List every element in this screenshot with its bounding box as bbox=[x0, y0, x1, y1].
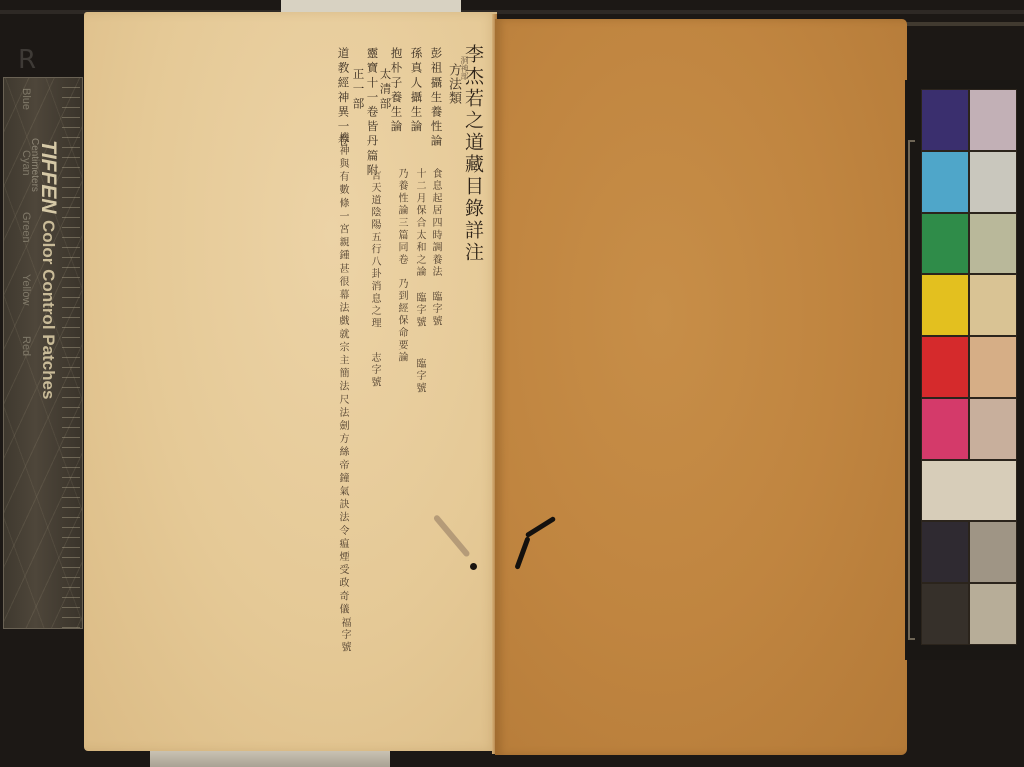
book-right-page bbox=[495, 19, 907, 755]
color-patch-cyan bbox=[921, 151, 969, 213]
catalog-note: 食息起居四時調養法 臨字號 bbox=[430, 168, 440, 328]
ruler-label-yellow: Yellow bbox=[20, 274, 32, 336]
ruler-label-blue: Blue bbox=[20, 88, 32, 150]
subcategory-heading: 方法類 bbox=[447, 63, 460, 105]
backdrop-line-right bbox=[900, 22, 1024, 26]
color-patch-magenta-gray bbox=[969, 398, 1017, 460]
catalog-note: 臨字號 bbox=[414, 292, 424, 329]
color-patch-white bbox=[921, 460, 1017, 522]
color-patch-black bbox=[921, 583, 969, 645]
backdrop-letter: R bbox=[18, 45, 36, 75]
color-patch-blue-gray bbox=[969, 89, 1017, 151]
ruler-ticks bbox=[62, 78, 80, 628]
ruler-label-red: Red bbox=[20, 336, 32, 398]
color-patch-red bbox=[921, 336, 969, 398]
catalog-note: 乃到經保命要論 bbox=[396, 278, 406, 364]
color-patch-dark-purple bbox=[921, 521, 969, 583]
color-patch-yellow-gray bbox=[969, 274, 1017, 336]
catalog-entry: 靈寶十一卷皆丹篇附 bbox=[366, 47, 378, 178]
catalog-note: 志字號 bbox=[369, 352, 379, 389]
catalog-note: 乃養性論三篇同卷 bbox=[396, 168, 406, 266]
color-patch-blue bbox=[921, 89, 969, 151]
catalog-note: 十二月保合太和之論 bbox=[414, 168, 424, 279]
catalog-section: 正一部 bbox=[352, 68, 364, 112]
ruler-title: Color Control Patches bbox=[38, 220, 58, 399]
color-patch-green bbox=[921, 213, 969, 275]
subcategory-annotation: 洞神部 bbox=[460, 56, 468, 80]
catalog-note: 言天道陰陽五行八卦消息之理 bbox=[369, 170, 379, 330]
catalog-note: 臨字號 bbox=[414, 358, 424, 395]
tiffen-ruler: Centimeters BlueCyanGreenYellowRed TIFFE… bbox=[3, 77, 83, 629]
color-patch-magenta bbox=[921, 398, 969, 460]
catalog-note: 福字號 bbox=[339, 617, 349, 654]
color-patch-light-gray bbox=[969, 583, 1017, 645]
color-chart-edge bbox=[908, 140, 915, 640]
catalog-entry: 彭祖攝生養性論 bbox=[430, 47, 442, 149]
color-patch-cyan-gray bbox=[969, 151, 1017, 213]
binding-hole bbox=[470, 563, 477, 570]
color-patch-green-gray bbox=[969, 213, 1017, 275]
color-patch-yellow bbox=[921, 274, 969, 336]
ruler-label-cyan: Cyan bbox=[20, 150, 32, 212]
ruler-unit-label: Centimeters bbox=[29, 138, 40, 192]
catalog-entry: 孫真人攝生論 bbox=[410, 47, 422, 135]
color-patch-mid-gray bbox=[969, 521, 1017, 583]
ruler-color-labels: BlueCyanGreenYellowRed bbox=[20, 88, 32, 398]
ruler-brand: TIFFEN bbox=[36, 140, 60, 214]
color-control-patches bbox=[921, 89, 1017, 645]
catalog-section: 太清部 bbox=[379, 68, 391, 112]
ruler-label-green: Green bbox=[20, 212, 32, 274]
catalog-note: 機神與有數條一宮親鍾甚很幕法戲就宗主簡法尺法劍方絲帝鐘氣訣法令瘟煙受政奇儀 bbox=[337, 132, 347, 617]
color-patch-red-gray bbox=[969, 336, 1017, 398]
